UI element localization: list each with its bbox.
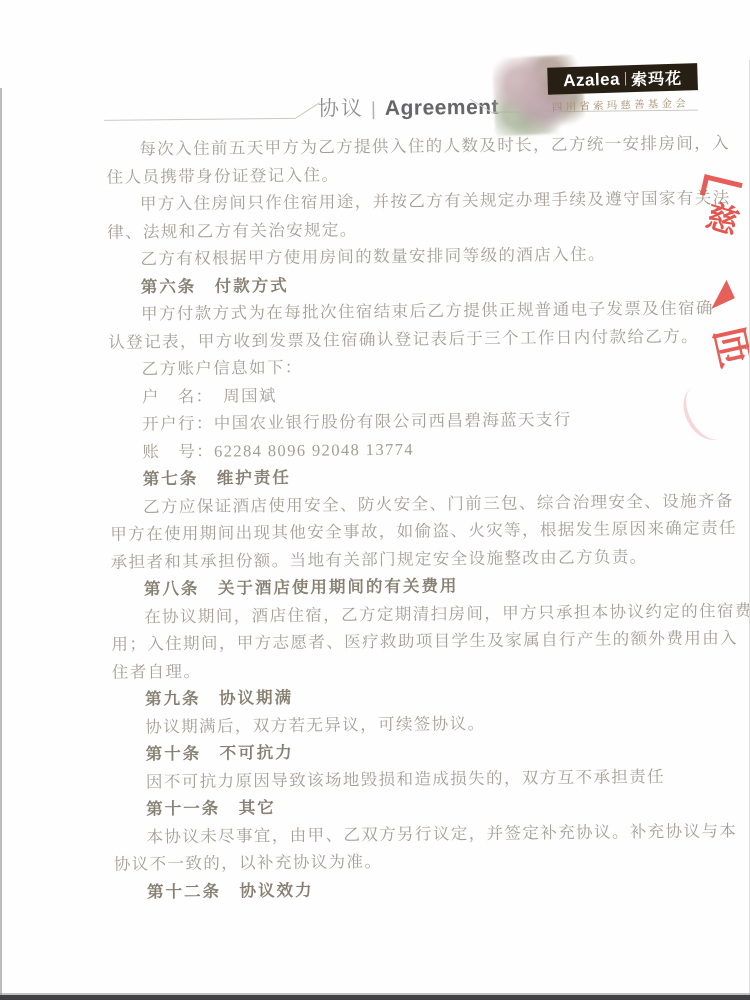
red-seal-fragment: 慈 匝 [683,176,750,447]
page-content: 协议 | Agreement Azalea | 索玛花 四川省索玛慈善基金会 每… [0,0,750,1000]
header-rule-left [104,118,296,121]
scan-edge-bottom [0,995,750,1000]
logo-brand-en: Azalea [563,69,620,91]
agreement-body: 每次入住前五天甲方为乙方提供入住的人数及时长，乙方统一安排房间，入住人员携带身份… [106,130,676,906]
title-english: Agreement [385,96,499,121]
seal-character: 慈 [701,191,745,244]
text-line: 本协议未尽事宜，由甲、乙双方另行议定，并签定补充协议。补充协议与本 [113,817,675,850]
text-line: 承担者和其承担份额。当地有关部门规定安全设施整改由乙方负责。 [110,542,672,575]
text-line: 认登记表，甲方收到发票及住宿确认登记表后于三个工作日内付款给乙方。 [108,322,670,355]
scanned-agreement-page: 协议 | Agreement Azalea | 索玛花 四川省索玛慈善基金会 每… [0,0,750,1000]
section-heading: 第十二条 协议效力 [114,872,676,905]
logo-brand-zh: 索玛花 [631,66,683,91]
page-title: 协议 | Agreement [318,91,478,123]
logo-ribbon: Azalea | 索玛花 [547,63,698,95]
logo-brand-divider: | [624,70,628,87]
text-line: 乙方有权根据甲方使用房间的数量安排同等级的酒店入住。 [107,240,669,273]
header-slash-left [296,102,320,118]
text-line: 因不可抗力原因导致该场地毁损和造成损失的，双方互不承担责任 [113,762,675,795]
scan-edge-left [0,88,2,1000]
text-line: 用；入住期间，甲方志愿者、医疗救助项目学生及家属自行产生的额外费用由入 [111,625,673,658]
title-divider: | [371,99,376,121]
seal-stroke-icon [703,280,735,309]
text-line: 甲方入住房间只作住宿用途，并按乙方有关规定办理手续及遵守国家有关法 [107,185,669,218]
seal-character-partial: 匝 [702,321,750,372]
seal-faint-arc [674,373,746,448]
text-line: 每次入住前五天甲方为乙方提供入住的人数及时长，乙方统一安排房间，入 [106,130,668,163]
title-chinese: 协议 [318,92,364,122]
